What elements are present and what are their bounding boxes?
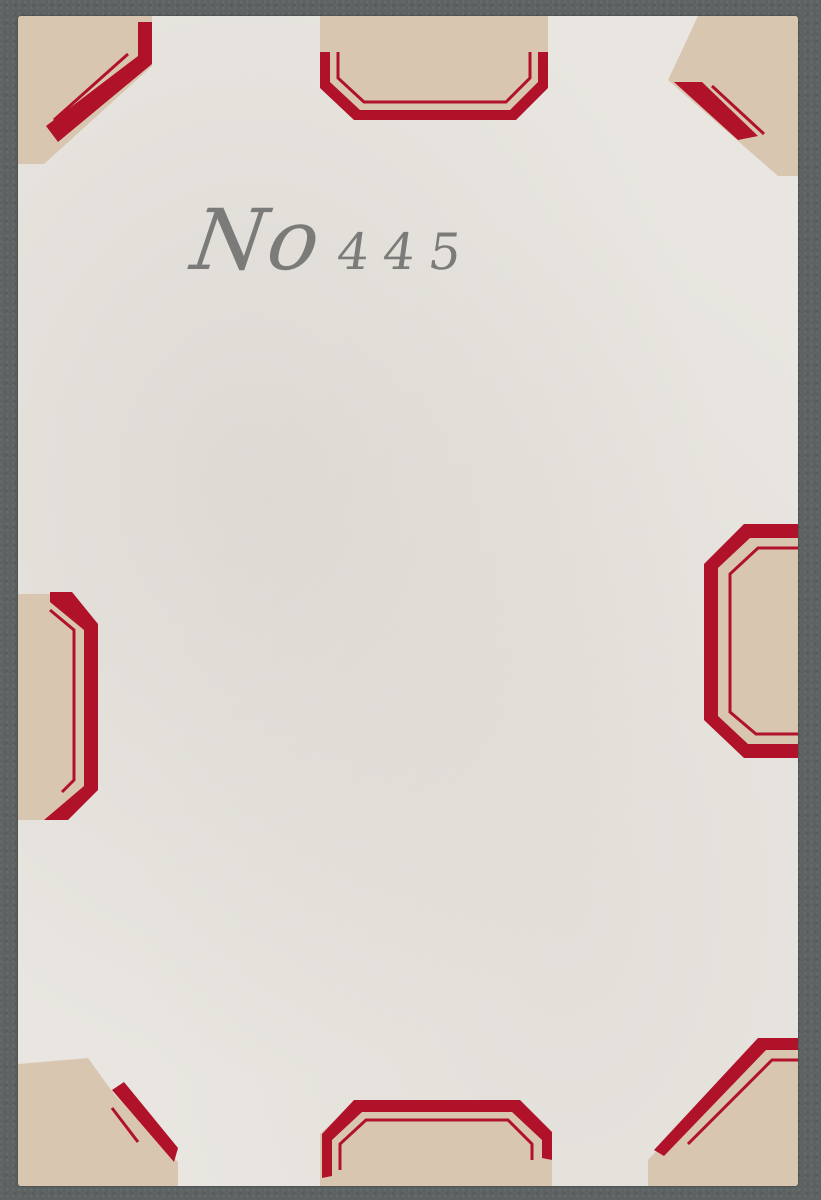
tab-top-center bbox=[318, 16, 550, 122]
tab-left-middle bbox=[18, 590, 100, 822]
tab-top-right-corner bbox=[668, 16, 798, 176]
pencil-inscription: No445 bbox=[186, 191, 483, 289]
card-back: No445 bbox=[18, 16, 798, 1186]
inscription-number: 445 bbox=[333, 223, 479, 281]
tab-bottom-left-corner bbox=[18, 1058, 178, 1186]
tab-right-middle bbox=[704, 524, 798, 758]
tab-bottom-right-corner bbox=[648, 1026, 798, 1186]
tab-top-left-corner bbox=[18, 16, 158, 166]
inscription-prefix: No bbox=[186, 191, 328, 289]
tab-bottom-center bbox=[320, 1100, 552, 1186]
